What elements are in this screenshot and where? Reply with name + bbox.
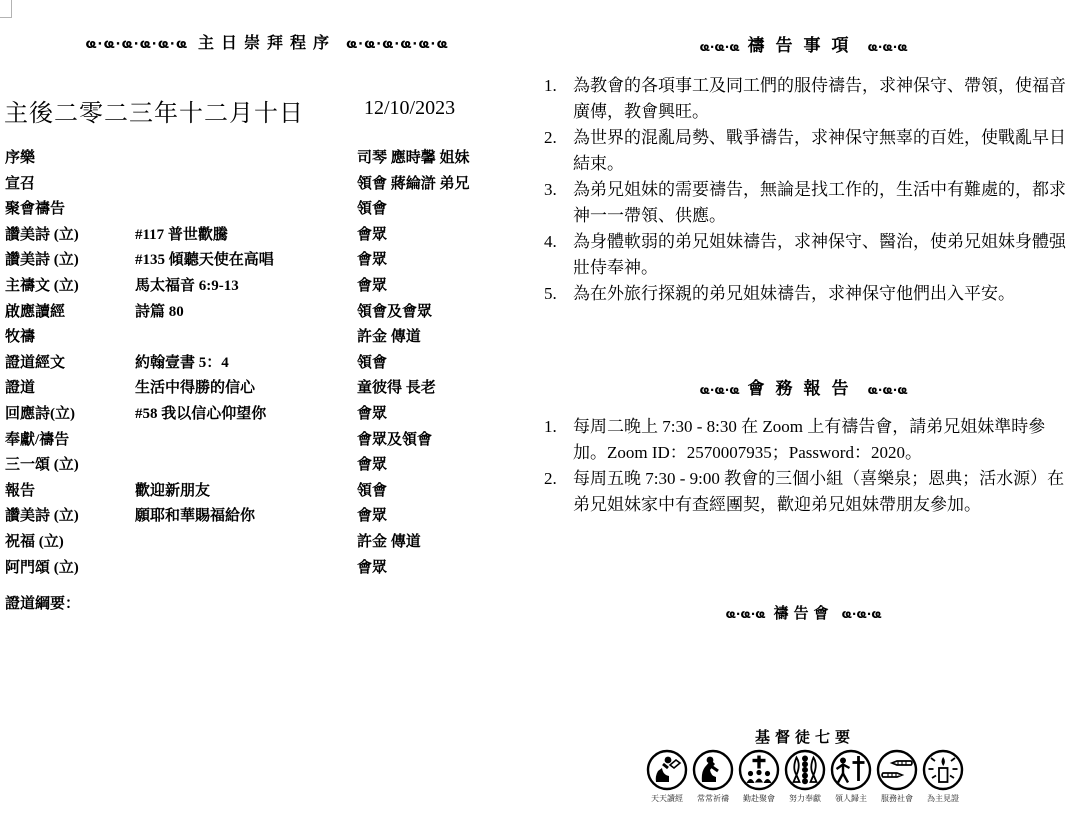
sermon-outline-label: 證道綱要：: [5, 592, 80, 613]
list-item: 2.為世界的混亂局勢、戰爭禱告，求神保守無辜的百姓，使戰亂早日結束。: [544, 125, 1068, 177]
date-chinese: 主後二零二三年十二月十日: [4, 93, 304, 128]
bulletin-page: ҩ∙ҩ∙ҩ∙ҩ∙ҩ∙ҩ主日崇拜程序ҩ∙ҩ∙ҩ∙ҩ∙ҩ∙ҩ 主後二零二三年十二月十…: [0, 0, 1069, 829]
icon-label: 領人歸主: [835, 793, 867, 804]
program-item-label: 聚會禱告: [5, 197, 135, 223]
program-row: 讚美詩 (立)願耶和華賜福給你會眾: [5, 504, 532, 530]
seven-essentials-logo: 基督徒七要 天天讀經 常常祈禱 勤赴聚會 努力奉獻 領人歸主: [638, 726, 972, 804]
offering-icon: [784, 749, 826, 791]
program-row: 報告歡迎新朋友領會: [5, 479, 532, 505]
ornament-right: ҩ∙ҩ∙ҩ: [868, 383, 908, 397]
program-item-label: 祝福 (立): [5, 530, 135, 556]
program-row: 三一頌 (立)會眾: [5, 453, 532, 479]
program-item-role: 會眾: [357, 274, 532, 300]
program-row: 宣召領會 蔣綸滸 弟兄: [5, 172, 532, 198]
icon-label: 勤赴聚會: [743, 793, 775, 804]
page-title-row: ҩ∙ҩ∙ҩ∙ҩ∙ҩ∙ҩ主日崇拜程序ҩ∙ҩ∙ҩ∙ҩ∙ҩ∙ҩ: [0, 30, 534, 53]
list-item: 1.為教會的各項事工及同工們的服侍禱告，求神保守、帶領，使福音廣傳，教會興旺。: [544, 73, 1068, 125]
program-item-role: 許金 傳道: [357, 325, 532, 351]
service-icon: [876, 749, 918, 791]
list-text: 為教會的各項事工及同工們的服侍禱告，求神保守、帶領，使福音廣傳，教會興旺。: [573, 73, 1068, 125]
list-number: 4.: [544, 229, 573, 281]
logo-item: 天天讀經: [644, 749, 690, 804]
logo-item: 努力奉獻: [782, 749, 828, 804]
ornament-right: ҩ∙ҩ∙ҩ∙ҩ∙ҩ∙ҩ: [346, 37, 449, 52]
program-item-role: 會眾: [357, 556, 532, 582]
program-item-label: 主禱文 (立): [5, 274, 135, 300]
program-item-detail: 願耶和華賜福給你: [135, 504, 357, 530]
logo-item: 勤赴聚會: [736, 749, 782, 804]
program-item-detail: [135, 556, 357, 582]
ornament-left: ҩ∙ҩ∙ҩ∙ҩ∙ҩ∙ҩ: [85, 37, 188, 52]
ornament-right: ҩ∙ҩ∙ҩ: [842, 607, 882, 621]
program-item-label: 宣召: [5, 172, 135, 198]
list-number: 2.: [544, 466, 573, 518]
program-item-label: 讚美詩 (立): [5, 504, 135, 530]
program-item-label: 回應詩(立): [5, 402, 135, 428]
ornament-right: ҩ∙ҩ∙ҩ: [868, 40, 908, 54]
icon-label: 為主見證: [927, 793, 959, 804]
program-item-detail: 詩篇 80: [135, 300, 357, 326]
program-row: 序樂司琴 應時馨 姐妹: [5, 146, 532, 172]
program-item-role: 領會: [357, 479, 532, 505]
witness-candle-icon: [922, 749, 964, 791]
program-row: 讚美詩 (立)#135 傾聽天使在高唱會眾: [5, 248, 532, 274]
list-item: 3.為弟兄姐妹的需要禱告，無論是找工作的，生活中有難處的，都求神一一帶領、供應。: [544, 177, 1068, 229]
program-row: 證道經文約翰壹書 5：4領會: [5, 351, 532, 377]
announcements-section-title: ҩ∙ҩ∙ҩ會務報告ҩ∙ҩ∙ҩ: [540, 374, 1067, 399]
ornament-left: ҩ∙ҩ∙ҩ: [699, 383, 739, 397]
program-row: 讚美詩 (立)#117 普世歡騰會眾: [5, 223, 532, 249]
program-item-role: 領會: [357, 351, 532, 377]
ornament-left: ҩ∙ҩ∙ҩ: [699, 40, 739, 54]
prayer-list: 1.為教會的各項事工及同工們的服侍禱告，求神保守、帶領，使福音廣傳，教會興旺。 …: [544, 73, 1068, 307]
program-item-detail: 約翰壹書 5：4: [135, 351, 357, 377]
program-item-detail: [135, 146, 357, 172]
program-item-detail: [135, 428, 357, 454]
program-row: 啟應讀經詩篇 80領會及會眾: [5, 300, 532, 326]
program-item-detail: [135, 197, 357, 223]
church-attendance-icon: [738, 749, 780, 791]
program-item-detail: [135, 453, 357, 479]
program-item-label: 讚美詩 (立): [5, 248, 135, 274]
program-item-role: 會眾: [357, 223, 532, 249]
program-item-label: 三一頌 (立): [5, 453, 135, 479]
program-item-role: 司琴 應時馨 姐妹: [357, 146, 532, 172]
list-text: 為世界的混亂局勢、戰爭禱告，求神保守無辜的百姓，使戰亂早日結束。: [573, 125, 1068, 177]
program-item-role: 會眾: [357, 504, 532, 530]
list-text: 每周二晚上 7:30 - 8:30 在 Zoom 上有禱告會，請弟兄姐妹準時參加…: [573, 414, 1068, 466]
list-number: 1.: [544, 73, 573, 125]
program-item-role: 會眾: [357, 453, 532, 479]
program-item-detail: #117 普世歡騰: [135, 223, 357, 249]
program-item-role: 領會: [357, 197, 532, 223]
program-item-role: 會眾: [357, 402, 532, 428]
program-item-role: 童彼得 長老: [357, 376, 532, 402]
program-item-label: 啟應讀經: [5, 300, 135, 326]
program-item-detail: [135, 172, 357, 198]
program-item-detail: [135, 530, 357, 556]
date-western: 12/10/2023: [364, 97, 455, 120]
list-item: 2.每周五晚 7:30 - 9:00 教會的三個小組（喜樂泉；恩典；活水源）在弟…: [544, 466, 1068, 518]
program-row: 祝福 (立)許金 傳道: [5, 530, 532, 556]
program-row: 聚會禱告領會: [5, 197, 532, 223]
prayer-icon: [692, 749, 734, 791]
page-title: 主日崇拜程序: [198, 35, 336, 52]
evangelism-icon: [830, 749, 872, 791]
logo-title: 基督徒七要: [638, 726, 972, 747]
list-item: 4.為身體軟弱的弟兄姐妹禱告，求神保守、醫治，使弟兄姐妹身體强壯侍奉神。: [544, 229, 1068, 281]
announcements-list: 1.每周二晚上 7:30 - 8:30 在 Zoom 上有禱告會，請弟兄姐妹準時…: [544, 414, 1068, 518]
program-item-detail: #135 傾聽天使在高唱: [135, 248, 357, 274]
icon-label: 服務社會: [881, 793, 913, 804]
program-item-detail: #58 我以信心仰望你: [135, 402, 357, 428]
logo-item: 服務社會: [874, 749, 920, 804]
prayer-section-title: ҩ∙ҩ∙ҩ禱告事項ҩ∙ҩ∙ҩ: [540, 31, 1067, 56]
program-item-detail: [135, 325, 357, 351]
list-number: 3.: [544, 177, 573, 229]
program-item-detail: 生活中得勝的信心: [135, 376, 357, 402]
program-item-label: 證道: [5, 376, 135, 402]
ornament-left: ҩ∙ҩ∙ҩ: [725, 607, 765, 621]
program-item-label: 奉獻/禱告: [5, 428, 135, 454]
logo-item: 為主見證: [920, 749, 966, 804]
program-item-label: 阿門頌 (立): [5, 556, 135, 582]
list-text: 為身體軟弱的弟兄姐妹禱告，求神保守、醫治，使弟兄姐妹身體强壯侍奉神。: [573, 229, 1068, 281]
list-item: 5.為在外旅行探親的弟兄姐妹禱告，求神保守他們出入平安。: [544, 281, 1068, 307]
icon-label: 天天讀經: [651, 793, 683, 804]
program-item-label: 報告: [5, 479, 135, 505]
program-row: 牧禱許金 傳道: [5, 325, 532, 351]
program-item-role: 領會及會眾: [357, 300, 532, 326]
prayer-meeting-title: ҩ∙ҩ∙ҩ禱告會ҩ∙ҩ∙ҩ: [540, 602, 1067, 623]
program-item-label: 證道經文: [5, 351, 135, 377]
program-item-detail: 歡迎新朋友: [135, 479, 357, 505]
icon-label: 努力奉獻: [789, 793, 821, 804]
list-text: 為弟兄姐妹的需要禱告，無論是找工作的，生活中有難處的，都求神一一帶領、供應。: [573, 177, 1068, 229]
section-title-text: 禱告事項: [748, 36, 860, 55]
program-item-label: 牧禱: [5, 325, 135, 351]
list-text: 為在外旅行探親的弟兄姐妹禱告，求神保守他們出入平安。: [573, 281, 1068, 307]
list-number: 5.: [544, 281, 573, 307]
list-number: 1.: [544, 414, 573, 466]
program-table: 序樂司琴 應時馨 姐妹 宣召領會 蔣綸滸 弟兄 聚會禱告領會 讚美詩 (立)#1…: [5, 146, 532, 581]
program-item-detail: 馬太福音 6:9-13: [135, 274, 357, 300]
list-text: 每周五晚 7:30 - 9:00 教會的三個小組（喜樂泉；恩典；活水源）在弟兄姐…: [573, 466, 1068, 518]
logo-icon-row: 天天讀經 常常祈禱 勤赴聚會 努力奉獻 領人歸主 服務社會: [638, 749, 972, 804]
program-item-role: 許金 傳道: [357, 530, 532, 556]
program-item-role: 領會 蔣綸滸 弟兄: [357, 172, 532, 198]
program-row: 證道生活中得勝的信心童彼得 長老: [5, 376, 532, 402]
program-item-role: 會眾: [357, 248, 532, 274]
section-title-text: 禱告會: [773, 606, 833, 622]
section-title-text: 會務報告: [748, 379, 860, 398]
program-item-label: 讚美詩 (立): [5, 223, 135, 249]
program-row: 奉獻/禱告會眾及領會: [5, 428, 532, 454]
program-item-role: 會眾及領會: [357, 428, 532, 454]
program-item-label: 序樂: [5, 146, 135, 172]
program-row: 阿門頌 (立)會眾: [5, 556, 532, 582]
logo-item: 常常祈禱: [690, 749, 736, 804]
icon-label: 常常祈禱: [697, 793, 729, 804]
list-item: 1.每周二晚上 7:30 - 8:30 在 Zoom 上有禱告會，請弟兄姐妹準時…: [544, 414, 1068, 466]
program-row: 主禱文 (立)馬太福音 6:9-13會眾: [5, 274, 532, 300]
bible-reading-icon: [646, 749, 688, 791]
program-row: 回應詩(立)#58 我以信心仰望你會眾: [5, 402, 532, 428]
list-number: 2.: [544, 125, 573, 177]
corner-artifact: [0, 0, 12, 18]
logo-item: 領人歸主: [828, 749, 874, 804]
